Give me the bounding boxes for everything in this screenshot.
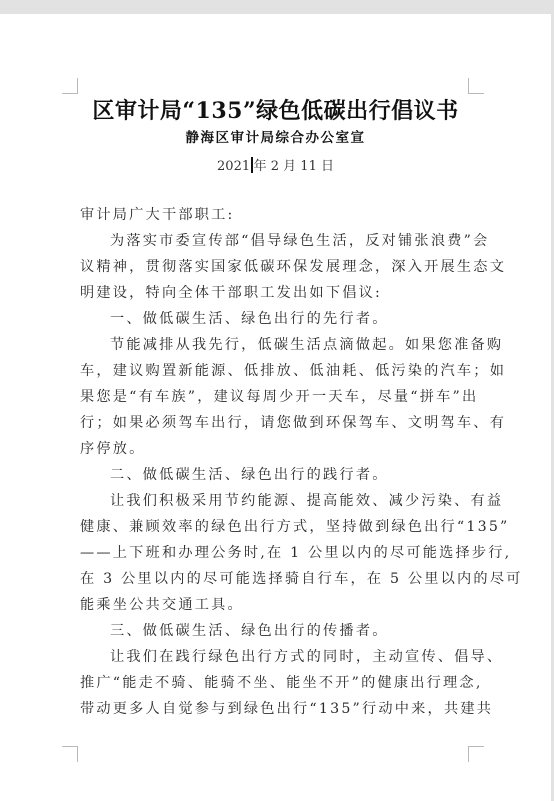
body-line: 明建设，特向全体干部职工发出如下倡议: <box>80 282 382 304</box>
body-line: 行；如果必须驾车出行，请您做到环保驾车、文明驾车、有 <box>80 412 506 434</box>
body-line: 推广“能走不骑、能骑不坐、能坐不开”的健康出行理念, <box>80 672 483 694</box>
body-line: 序停放。 <box>80 438 146 460</box>
section-heading-2: 二、做低碳生活、绿色出行的践行者。 <box>110 464 389 486</box>
margin-corner-mark-top-right <box>468 78 484 94</box>
text-cursor <box>251 157 253 173</box>
document-page: 区审计局“135”绿色低碳出行倡议书 静海区审计局综合办公室宣 2021年 2 … <box>0 14 551 801</box>
body-line: 车，建议购置新能源、低排放、低油耗、低污染的汽车；如 <box>80 360 506 382</box>
body-line: 让我们在践行绿色出行方式的同时，主动宣传、倡导、 <box>110 646 503 668</box>
document-date[interactable]: 2021年 2 月 11 日 <box>0 155 551 174</box>
body-line: 让我们积极采用节约能源、提高能效、减少污染、有益 <box>110 490 503 512</box>
viewer-top-bar <box>0 0 554 14</box>
body-line: 在 3 公里以内的尽可能选择骑自行车，在 5 公里以内的尽可 <box>80 568 523 590</box>
body-line: 为落实市委宣传部“倡导绿色生活，反对铺张浪费”会 <box>110 230 489 252</box>
margin-corner-mark-top-left <box>62 78 78 94</box>
date-rest: 年 2 月 11 日 <box>254 159 334 174</box>
document-title: 区审计局“135”绿色低碳出行倡议书 <box>0 94 551 125</box>
body-line: 议精神，贯彻落实国家低碳环保发展理念，深入开展生态文 <box>80 256 506 278</box>
body-line-salutation: 审计局广大干部职工: <box>80 204 234 226</box>
body-line: 能乘坐公共交通工具。 <box>80 594 244 616</box>
section-heading-3: 三、做低碳生活、绿色出行的传播者。 <box>110 620 389 642</box>
date-year: 2021 <box>217 159 250 174</box>
margin-corner-mark-bottom-left <box>62 746 78 762</box>
body-line: 健康、兼顾效率的绿色出行方式，坚持做到绿色出行“135” <box>80 516 510 538</box>
section-heading-1: 一、做低碳生活、绿色出行的先行者。 <box>110 308 389 330</box>
body-line: ——上下班和办理公务时,在 1 公里以内的尽可能选择步行, <box>80 542 511 564</box>
body-line: 带动更多人自觉参与到绿色出行“135”行动中来，共建共 <box>80 698 493 720</box>
margin-corner-mark-bottom-right <box>468 746 484 762</box>
body-line: 节能减排从我先行，低碳生活点滴做起。如果您准备购 <box>110 334 503 356</box>
body-line: 果您是“有车族”，建议每周少开一天车，尽量“拼车”出 <box>80 386 478 408</box>
document-issuer: 静海区审计局综合办公室宣 <box>0 126 551 146</box>
